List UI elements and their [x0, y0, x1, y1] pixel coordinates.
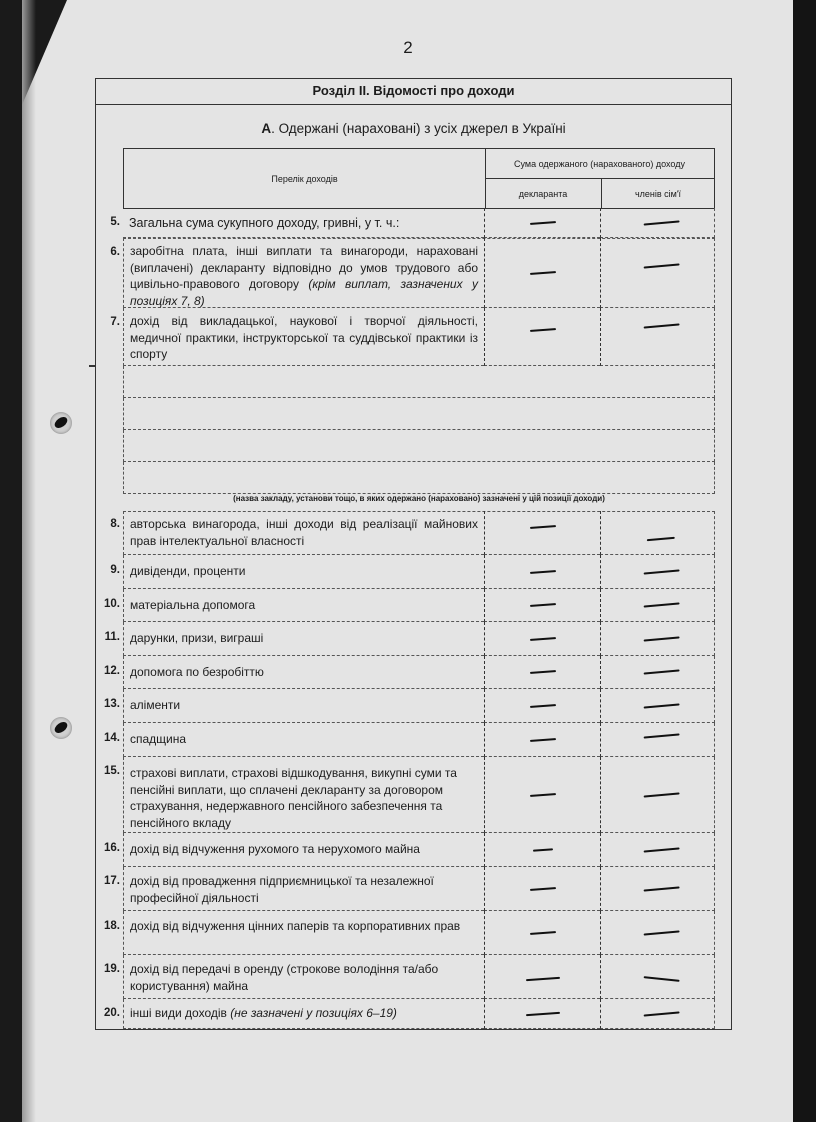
row-text: авторська винагорода, інші доходи від ре…: [130, 517, 478, 548]
subsection-title: А. Одержані (нараховані) з усіх джерел в…: [95, 121, 732, 136]
dash-mark: [529, 738, 555, 742]
dash-mark: [529, 603, 555, 607]
row-number: 12.: [95, 665, 120, 677]
row-number: 16.: [95, 842, 120, 854]
row-note: (не зазначені у позиціях 6–19): [230, 1006, 397, 1020]
row-label: спадщина: [123, 723, 484, 757]
row-number: 17.: [95, 875, 120, 887]
table-row: 12. допомога по безробіттю: [95, 656, 715, 689]
dash-mark: [643, 602, 679, 607]
row-text: аліменти: [130, 698, 180, 712]
dash-mark: [529, 931, 555, 935]
row-label: дивіденди, проценти: [123, 555, 484, 589]
row-number: 10.: [95, 598, 120, 610]
row-label: дарунки, призи, виграші: [123, 622, 484, 656]
table-row: 10. матеріальна допомога: [95, 589, 715, 622]
declarant-value[interactable]: [484, 999, 600, 1029]
institution-input-row[interactable]: [123, 430, 715, 462]
table-row: 15. страхові виплати, страхові відшкодув…: [95, 757, 715, 833]
family-value[interactable]: [600, 511, 715, 555]
row-label: дохід від викладацької, наукової і творч…: [123, 308, 484, 366]
family-value[interactable]: [600, 723, 715, 757]
row-label: інші види доходів (не зазначені у позиці…: [123, 999, 484, 1029]
row-text: дохід від відчуження рухомого та нерухом…: [130, 842, 420, 856]
row-number: 15.: [95, 765, 120, 777]
dash-mark: [529, 525, 555, 529]
row-text: дохід від передачі в оренду (строкове во…: [130, 962, 438, 993]
row-text: дохід від відчуження цінних паперів та к…: [130, 919, 460, 933]
row-text: Загальна сума сукупного доходу, гривні, …: [129, 216, 399, 230]
table-row: 6. заробітна плата, інші виплати та вина…: [95, 238, 715, 308]
table-row: 11. дарунки, призи, виграші: [95, 622, 715, 656]
declarant-value[interactable]: [484, 555, 600, 589]
table-row: 20. інші види доходів (не зазначені у по…: [95, 999, 715, 1029]
row-label: аліменти: [123, 689, 484, 723]
declarant-value[interactable]: [484, 867, 600, 911]
family-value[interactable]: [600, 833, 715, 867]
family-value[interactable]: [600, 757, 715, 833]
dash-mark: [643, 324, 679, 329]
table-row: 13. аліменти: [95, 689, 715, 723]
subsection-text: . Одержані (нараховані) з усіх джерел в …: [271, 121, 566, 136]
row-number: 7.: [95, 316, 120, 328]
row-number: 6.: [95, 246, 120, 258]
header-sum: Сума одержаного (нарахованого) доходу: [485, 149, 714, 179]
institution-input-row[interactable]: [123, 398, 715, 430]
dash-mark: [643, 636, 679, 641]
row-text: дарунки, призи, виграші: [130, 631, 263, 645]
table-row: 18. дохід від відчуження цінних паперів …: [95, 911, 715, 955]
table-row: 19. дохід від передачі в оренду (строков…: [95, 955, 715, 999]
row-number: 5.: [95, 216, 120, 228]
family-value[interactable]: [600, 656, 715, 689]
row-number: 8.: [95, 518, 120, 530]
row-text: допомога по безробіттю: [130, 665, 264, 679]
header-income-list: Перелік доходів: [124, 149, 486, 208]
declarant-value[interactable]: [484, 656, 600, 689]
row-label: дохід від відчуження рухомого та нерухом…: [123, 833, 484, 867]
row-text: дивіденди, проценти: [130, 564, 246, 578]
table-row: 8. авторська винагорода, інші доходи від…: [95, 511, 715, 555]
institution-input-row[interactable]: [123, 462, 715, 494]
family-value[interactable]: [600, 238, 715, 308]
dash-mark: [525, 1011, 559, 1015]
row-number: 9.: [95, 564, 120, 576]
row-text: страхові виплати, страхові відшкодування…: [130, 766, 457, 830]
table-header: Перелік доходів Сума одержаного (нарахов…: [123, 148, 715, 209]
family-value[interactable]: [600, 955, 715, 999]
dash-mark: [643, 569, 679, 574]
declarant-value[interactable]: [484, 238, 600, 308]
row-label: допомога по безробіттю: [123, 656, 484, 689]
table-row: 16. дохід від відчуження рухомого та нер…: [95, 833, 715, 867]
header-family: членів сім'ї: [602, 179, 714, 208]
row-label: заробітна плата, інші виплати та винагор…: [123, 238, 484, 308]
table-row: 14. спадщина: [95, 723, 715, 757]
dash-mark: [529, 704, 555, 708]
section-title: Розділ II. Відомості про доходи: [95, 78, 732, 105]
row-text: спадщина: [130, 732, 186, 746]
institution-input-row[interactable]: [123, 366, 715, 398]
row-label: дохід від передачі в оренду (строкове во…: [123, 955, 484, 999]
scan-shadow: [22, 0, 36, 1122]
row-number: 13.: [95, 698, 120, 710]
row-label: Загальна сума сукупного доходу, гривні, …: [123, 208, 484, 238]
dash-mark: [643, 734, 679, 739]
dash-mark: [643, 847, 679, 852]
dash-mark: [643, 220, 679, 225]
declarant-value[interactable]: [484, 308, 600, 366]
family-value[interactable]: [600, 555, 715, 589]
family-value[interactable]: [600, 867, 715, 911]
family-value[interactable]: [600, 689, 715, 723]
row-label: авторська винагорода, інші доходи від ре…: [123, 511, 484, 555]
row-label: дохід від відчуження цінних паперів та к…: [123, 911, 484, 955]
institution-caption: (назва закладу, установи тощо, в яких од…: [123, 494, 715, 503]
family-value[interactable]: [600, 999, 715, 1029]
declarant-value[interactable]: [484, 689, 600, 723]
dash-mark: [529, 887, 555, 891]
header-declarant: декларанта: [485, 179, 602, 208]
row-label: дохід від провадження підприємницької та…: [123, 867, 484, 911]
declarant-value[interactable]: [484, 833, 600, 867]
subsection-letter: А: [261, 121, 271, 136]
declarant-value[interactable]: [484, 911, 600, 955]
row-number: 19.: [95, 963, 120, 975]
dash-mark: [643, 976, 679, 982]
row-number: 14.: [95, 732, 120, 744]
declarant-value[interactable]: [484, 622, 600, 656]
declarant-value[interactable]: [484, 955, 600, 999]
declarant-value[interactable]: [484, 723, 600, 757]
dash-mark: [646, 537, 674, 541]
dash-mark: [529, 271, 555, 275]
declarant-value[interactable]: [484, 589, 600, 622]
declarant-value[interactable]: [484, 208, 600, 238]
dash-mark: [643, 703, 679, 708]
page-number: 2: [0, 38, 816, 58]
family-value[interactable]: [600, 308, 715, 366]
row-text: матеріальна допомога: [130, 598, 255, 612]
row-text: дохід від викладацької, наукової і творч…: [130, 314, 478, 361]
row-label: страхові виплати, страхові відшкодування…: [123, 757, 484, 833]
row-text: інші види доходів: [130, 1006, 230, 1020]
dash-mark: [643, 930, 679, 935]
dash-mark: [529, 670, 555, 674]
dash-mark: [643, 669, 679, 674]
dash-mark: [529, 570, 555, 574]
dash-mark: [529, 637, 555, 641]
row-number: 18.: [95, 920, 120, 932]
declarant-value[interactable]: [484, 757, 600, 833]
table-row: 9. дивіденди, проценти: [95, 555, 715, 589]
punch-hole-icon: [50, 412, 72, 434]
family-value[interactable]: [600, 622, 715, 656]
punch-hole-icon: [50, 717, 72, 739]
table-row: 5. Загальна сума сукупного доходу, гривн…: [95, 208, 715, 238]
row-label: матеріальна допомога: [123, 589, 484, 622]
dash-mark: [643, 792, 679, 797]
dash-mark: [643, 263, 679, 268]
dash-mark: [529, 793, 555, 797]
row-text: дохід від провадження підприємницької та…: [130, 874, 434, 905]
row-number: 20.: [95, 1007, 120, 1019]
dash-mark: [643, 1011, 679, 1016]
dash-mark: [643, 886, 679, 891]
dash-mark: [529, 328, 555, 332]
dash-mark: [525, 976, 559, 980]
declarant-value[interactable]: [484, 511, 600, 555]
dash-mark: [529, 221, 555, 225]
scanner-edge: [793, 0, 816, 1122]
family-value[interactable]: [600, 208, 715, 238]
table-row: 7. дохід від викладацької, наукової і тв…: [95, 308, 715, 366]
dash-mark: [532, 848, 552, 851]
table-row: 17. дохід від провадження підприємницько…: [95, 867, 715, 911]
family-value[interactable]: [600, 589, 715, 622]
row-number: 11.: [95, 631, 120, 643]
family-value[interactable]: [600, 911, 715, 955]
